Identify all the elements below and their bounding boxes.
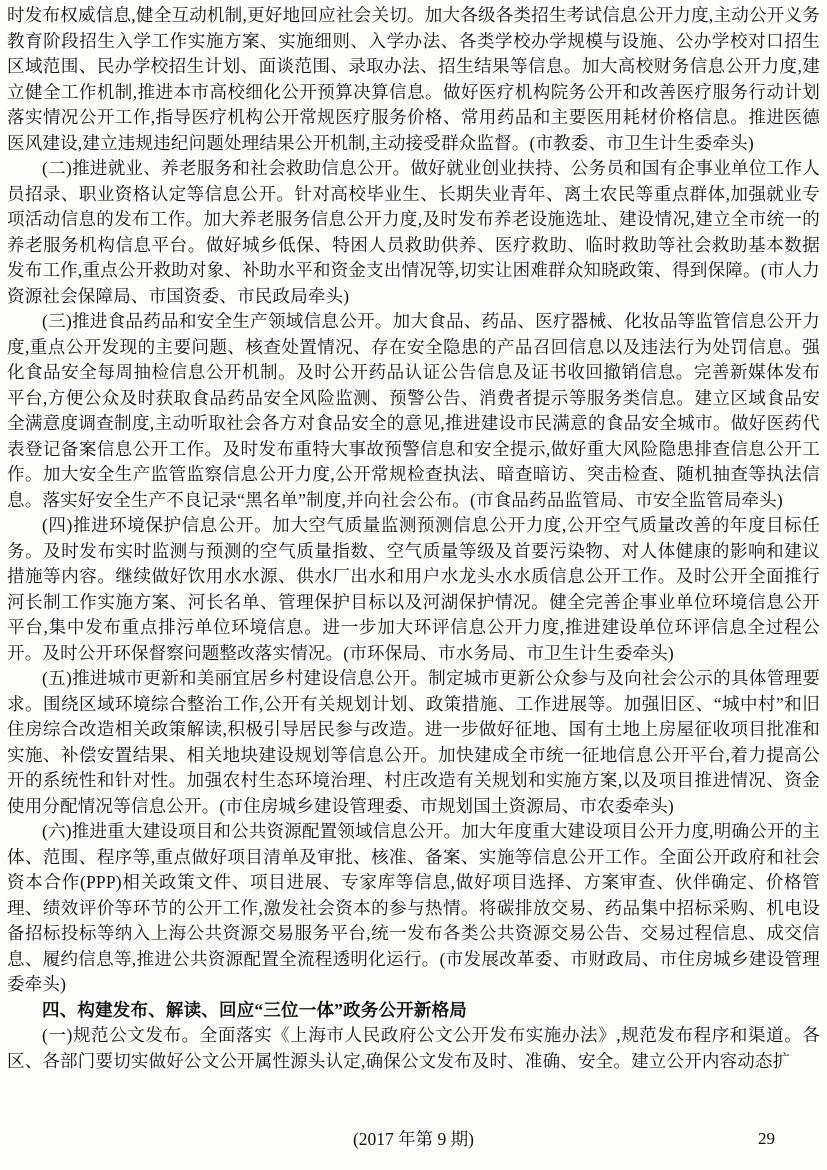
paragraph-part4-item-1: (一)规范公文发布。全面落实《上海市人民政府公文公开发布实施办法》,规范发布程序… (7, 1023, 820, 1074)
paragraph-item-6: (六)推进重大建设项目和公共资源配置领域信息公开。加大年度重大建设项目公开力度,… (7, 819, 820, 998)
document-page: 时发布权威信息,健全互动机制,更好地回应社会关切。加大各级各类招生考试信息公开力… (0, 0, 827, 1170)
document-body: 时发布权威信息,健全互动机制,更好地回应社会关切。加大各级各类招生考试信息公开力… (7, 3, 820, 1074)
section-heading-part-4: 四、构建发布、解读、回应“三位一体”政务公开新格局 (7, 998, 820, 1024)
footer-issue-label: (2017 年第 9 期) (353, 1129, 474, 1149)
footer-page-number: 29 (758, 1126, 775, 1152)
paragraph-item-5: (五)推进城市更新和美丽宜居乡村建设信息公开。制定城市更新公众参与及向社会公示的… (7, 666, 820, 819)
paragraph-item-4: (四)推进环境保护信息公开。加大空气质量监测预测信息公开力度,公开空气质量改善的… (7, 513, 820, 666)
paragraph-item-2: (二)推进就业、养老服务和社会救助信息公开。做好就业创业扶持、公务员和国有企事业… (7, 156, 820, 309)
page-footer: (2017 年第 9 期) 29 (0, 1126, 827, 1152)
paragraph-item-3: (三)推进食品药品和安全生产领域信息公开。加大食品、药品、医疗器械、化妆品等监管… (7, 309, 820, 513)
paragraph-continuation: 时发布权威信息,健全互动机制,更好地回应社会关切。加大各级各类招生考试信息公开力… (7, 3, 820, 156)
